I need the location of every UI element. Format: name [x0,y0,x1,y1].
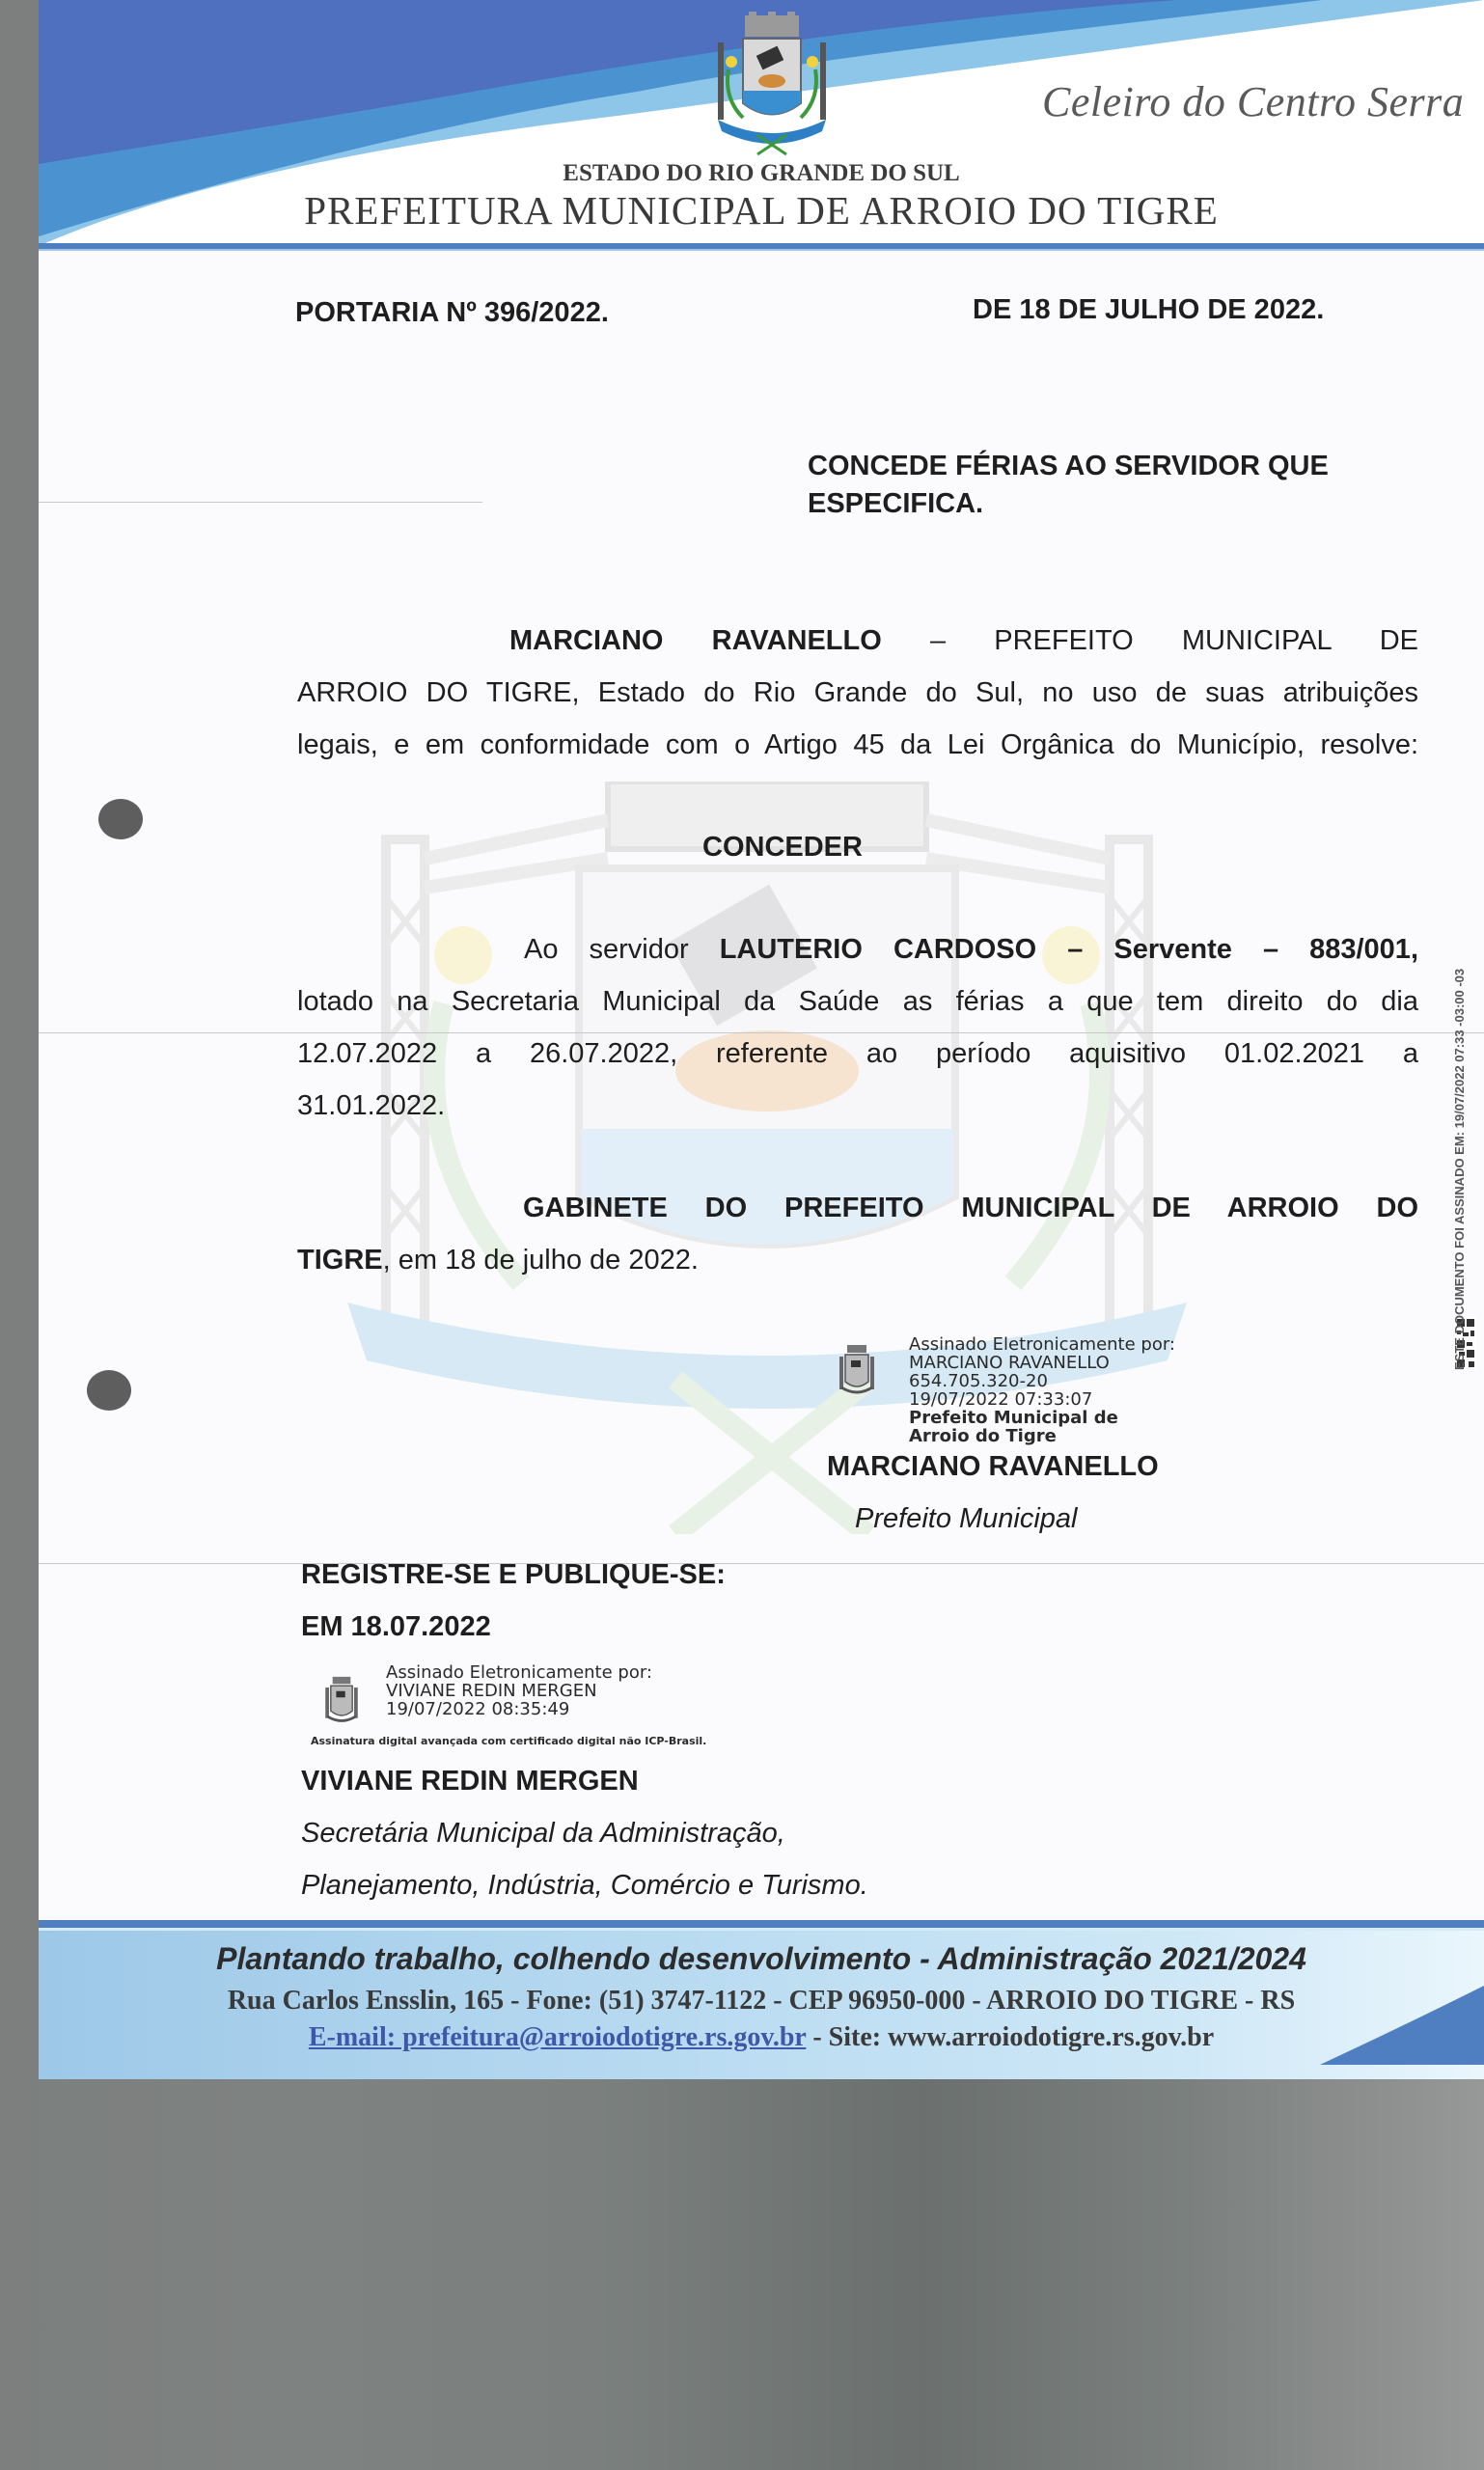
prefecture-name: PREFEITURA MUNICIPAL DE ARROIO DO TIGRE [39,187,1484,233]
body-prefix: Ao servidor [524,934,689,965]
stamp-line: Assinado Eletronicamente por: [386,1663,652,1682]
servant-details: LAUTERIO CARDOSO – Servente – 883/001, [720,934,1418,965]
side-signature-stamp: ESTE DOCUMENTO FOI ASSINADO EM: 19/07/20… [1452,969,1467,1370]
scan-artifact-line [39,1563,1484,1564]
site-text: - Site: www.arroiodotigre.rs.gov.br [806,2022,1214,2052]
coat-of-arms-icon [704,12,839,156]
body-line-2: lotado na Secretaria Municipal da Saúde … [297,986,1418,1018]
motto: Celeiro do Centro Serra [1042,77,1464,126]
stamp-line: Prefeito Municipal de [909,1409,1175,1427]
punch-hole [98,799,143,839]
stamp-line: MARCIANO RAVANELLO [909,1354,1175,1372]
footer-contact: E-mail: prefeitura@arroiodotigre.rs.gov.… [39,2022,1484,2053]
scan-artifact-line [39,502,482,503]
closing-line-1: GABINETE DO PREFEITO MUNICIPAL DE ARROIO… [523,1193,1418,1224]
footer-slogan: Plantando trabalho, colhendo desenvolvim… [39,1941,1484,1977]
state-name: ESTADO DO RIO GRANDE DO SUL [39,160,1484,187]
stamp-line: 19/07/2022 07:33:07 [909,1390,1175,1409]
body-line-4: 31.01.2022. [297,1090,445,1122]
action-heading: CONCEDER [702,832,863,864]
portaria-number: PORTARIA Nº 396/2022. [295,297,609,329]
signature-note: Assinatura digital avançada com certific… [311,1735,755,1747]
stamp-line: Arroio do Tigre [909,1427,1175,1445]
closing-tigre: TIGRE [297,1245,383,1276]
register-date: EM 18.07.2022 [301,1611,491,1643]
document-page: Celeiro do Centro Serra ESTADO DO RIO GR… [39,0,1484,2079]
preamble-line-1: MARCIANO RAVANELLO – PREFEITO MUNICIPAL … [509,625,1418,657]
footer: Plantando trabalho, colhendo desenvolvim… [39,1920,1484,2079]
preamble-rest: – PREFEITO MUNICIPAL DE [930,625,1418,656]
secretary-signature-stamp: Assinado Eletronicamente por: VIVIANE RE… [386,1663,652,1718]
mayor-signature-title: Prefeito Municipal [855,1503,1078,1535]
preamble-line-2: ARROIO DO TIGRE, Estado do Rio Grande do… [297,677,1418,709]
signature-seal-icon [838,1343,876,1399]
mayor-name: MARCIANO RAVANELLO [509,625,882,656]
scan-artifact-line [39,1032,1484,1033]
summary-line-1: CONCEDE FÉRIAS AO SERVIDOR QUE [808,451,1329,482]
closing-date: , em 18 de julho de 2022. [383,1245,699,1276]
secretary-signature-name: VIVIANE REDIN MERGEN [301,1766,639,1798]
stamp-line: 19/07/2022 08:35:49 [386,1700,652,1718]
stamp-line: 654.705.320-20 [909,1372,1175,1390]
body-line-3: 12.07.2022 a 26.07.2022, referente ao pe… [297,1038,1418,1070]
preamble-line-3: legais, e em conformidade com o Artigo 4… [297,729,1418,761]
secretary-title-line-2: Planejamento, Indústria, Comércio e Turi… [301,1870,868,1902]
body-line-1: Ao servidor LAUTERIO CARDOSO – Servente … [524,934,1418,966]
portaria-date: DE 18 DE JULHO DE 2022. [973,294,1324,326]
secretary-title-line-1: Secretária Municipal da Administração, [301,1818,785,1850]
stamp-line: VIVIANE REDIN MERGEN [386,1682,652,1700]
mayor-signature-name: MARCIANO RAVANELLO [827,1451,1159,1483]
stamp-line: Assinado Eletronicamente por: [909,1335,1175,1354]
closing-line-2: TIGRE, em 18 de julho de 2022. [297,1245,699,1276]
mayor-signature-stamp: Assinado Eletronicamente por: MARCIANO R… [909,1335,1175,1445]
summary-line-2: ESPECIFICA. [808,488,983,520]
footer-rule [39,1920,1484,1928]
header-rule-light [39,249,1484,251]
footer-rule-light [39,1928,1484,1931]
email-link[interactable]: E-mail: prefeitura@arroiodotigre.rs.gov.… [309,2022,806,2052]
footer-address: Rua Carlos Ensslin, 165 - Fone: (51) 374… [39,1986,1484,2017]
signature-seal-icon [318,1675,365,1727]
punch-hole [87,1370,131,1411]
register-publish: REGISTRE-SE E PUBLIQUE-SE: [301,1559,726,1591]
